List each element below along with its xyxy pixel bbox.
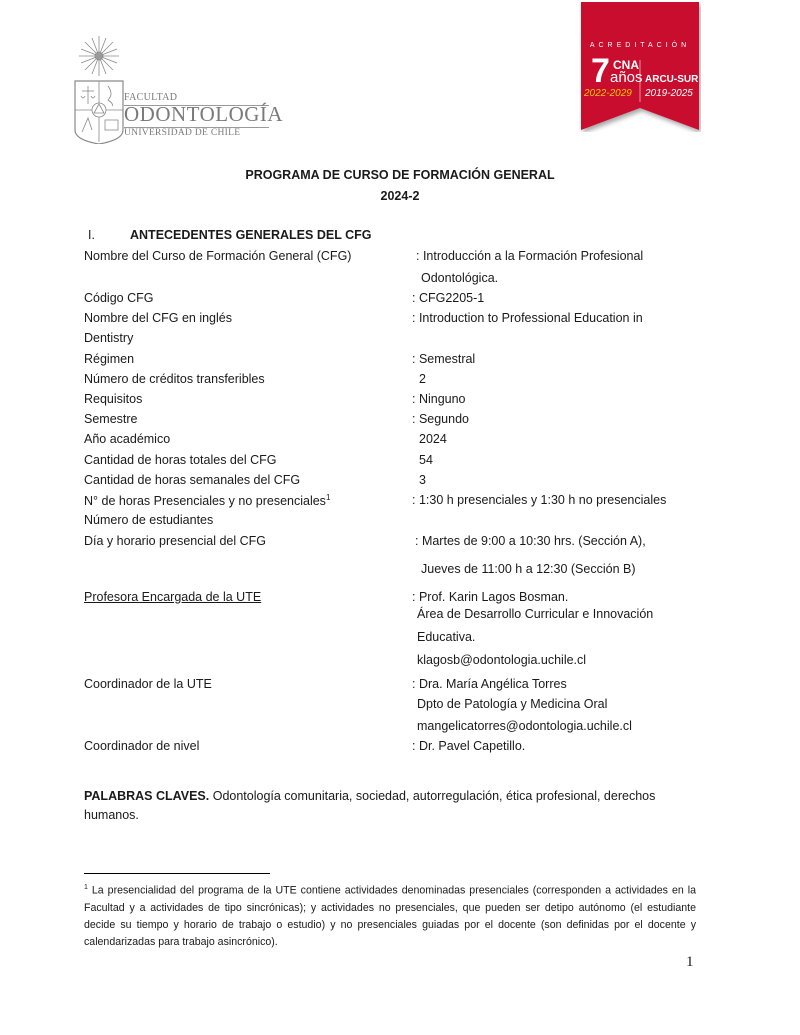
badge-arcu: ARCU-SUR <box>645 74 698 85</box>
field-value: 3 <box>419 473 426 487</box>
field-value: : Segundo <box>412 412 469 426</box>
field-value: : Prof. Karin Lagos Bosman. <box>412 590 568 604</box>
field-value: : Semestral <box>412 352 475 366</box>
field-value-line: Área de Desarrollo Curricular e Innovaci… <box>417 607 653 621</box>
badge-arcu-period: 2019-2025 <box>645 88 693 99</box>
document-subtitle: 2024-2 <box>0 189 800 203</box>
footnote-separator <box>84 873 270 874</box>
field-value: : CFG2205-1 <box>412 291 484 305</box>
badge-heading: ACREDITACIÓN <box>579 42 701 49</box>
field-value: : Introduction to Professional Education… <box>412 311 643 325</box>
field-label: N° de horas Presenciales y no presencial… <box>84 493 330 508</box>
field-label: Día y horario presencial del CFG <box>84 534 266 548</box>
footnote-text: La presencialidad del programa de la UTE… <box>84 885 696 948</box>
section-number: I. <box>88 228 130 242</box>
field-label: Requisitos <box>84 392 142 406</box>
document-title: PROGRAMA DE CURSO DE FORMACIÓN GENERAL <box>0 168 800 182</box>
section-heading: I.ANTECEDENTES GENERALES DEL CFG <box>88 228 371 242</box>
field-value-cont: Jueves de 11:00 h a 12:30 (Sección B) <box>421 562 636 576</box>
field-value-cont: Odontológica. <box>421 271 498 285</box>
field-label: Código CFG <box>84 291 153 305</box>
logo-university-name: UNIVERSIDAD DE CHILE <box>124 128 240 138</box>
field-value: : Dra. María Angélica Torres <box>412 677 567 691</box>
field-label: Profesora Encargada de la UTE <box>84 590 261 604</box>
footnote: 1 La presencialidad del programa de la U… <box>84 879 696 951</box>
page-number: 1 <box>686 954 694 971</box>
email-link[interactable]: mangelicatorres@odontologia.uchile.cl <box>417 719 632 733</box>
field-value: : 1:30 h presenciales y 1:30 h no presen… <box>412 493 666 507</box>
field-label: Cantidad de horas semanales del CFG <box>84 473 300 487</box>
field-label: Coordinador de la UTE <box>84 677 212 691</box>
badge-years-number: 7 <box>591 54 610 88</box>
section-title: ANTECEDENTES GENERALES DEL CFG <box>130 228 371 242</box>
accreditation-badge: ACREDITACIÓN 7 CNA años 2022-2029 ARCU-S… <box>579 2 701 132</box>
field-value: : Dr. Pavel Capetillo. <box>412 739 525 753</box>
field-value-line: Educativa. <box>417 630 475 644</box>
field-label: Número de estudiantes <box>84 513 213 527</box>
field-label: Régimen <box>84 352 134 366</box>
field-value: 54 <box>419 453 433 467</box>
email-link[interactable]: klagosb@odontologia.uchile.cl <box>417 653 586 667</box>
logo-faculty-name: ODONTOLOGÍA <box>124 102 283 127</box>
field-value: 2024 <box>419 432 447 446</box>
field-value: 2 <box>419 372 426 386</box>
field-label: Año académico <box>84 432 170 446</box>
field-label: Coordinador de nivel <box>84 739 199 753</box>
keywords-label: PALABRAS CLAVES. <box>84 789 209 803</box>
footnote-ref: 1 <box>326 493 330 502</box>
field-value-line: Dpto de Patología y Medicina Oral <box>417 697 607 711</box>
field-value: : Ninguno <box>412 392 466 406</box>
field-label: Cantidad de horas totales del CFG <box>84 453 276 467</box>
field-label: Número de créditos transferibles <box>84 372 265 386</box>
field-label: Nombre del Curso de Formación General (C… <box>84 249 351 263</box>
field-value: : Martes de 9:00 a 10:30 hrs. (Sección A… <box>415 534 646 548</box>
badge-cna-period: 2022-2029 <box>584 88 632 99</box>
field-label: Semestre <box>84 412 138 426</box>
field-value: : Introducción a la Formación Profesiona… <box>416 249 643 263</box>
keywords-paragraph: PALABRAS CLAVES. Odontología comunitaria… <box>84 787 684 825</box>
field-label-cont: Dentistry <box>84 331 133 345</box>
badge-years-label: años <box>610 69 643 86</box>
field-label: Nombre del CFG en inglés <box>84 311 232 325</box>
